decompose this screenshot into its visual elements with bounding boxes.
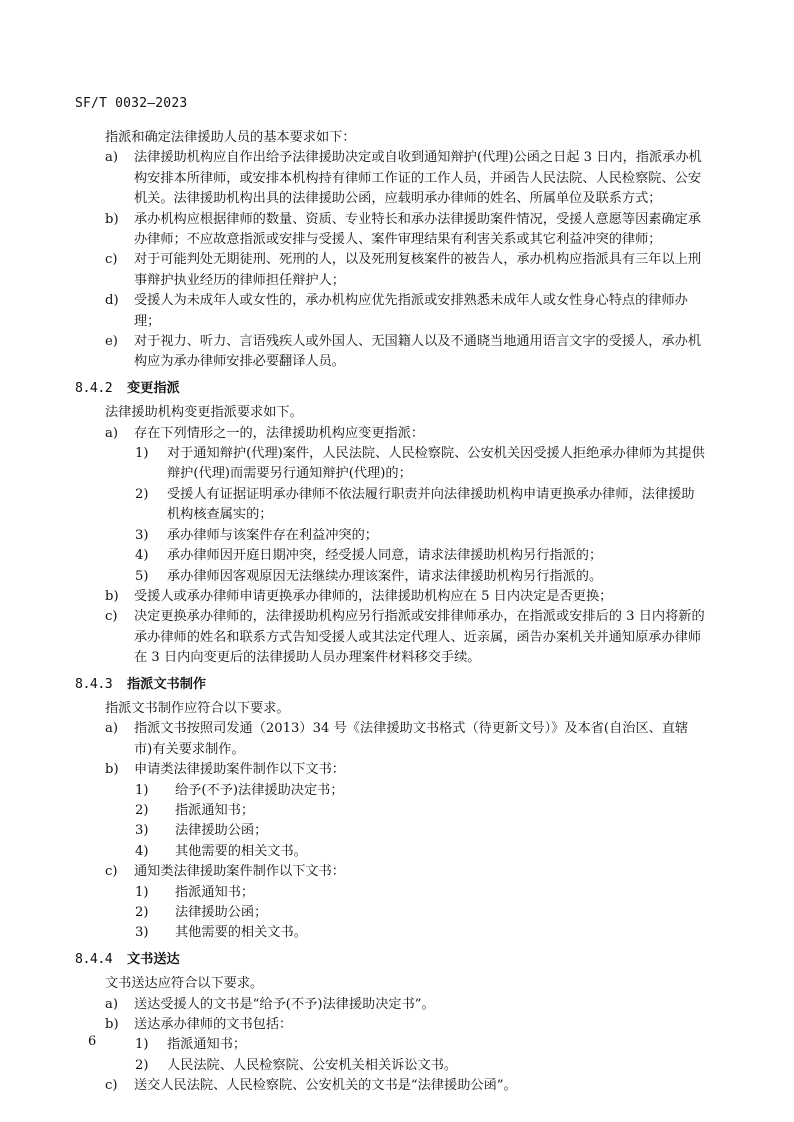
list-item-text: 受援人或承办律师申请更换承办律师的，法律援助机构应在 5 日内决定是否更换； bbox=[134, 589, 612, 604]
sub-list-marker: 2) bbox=[135, 485, 149, 505]
list-marker: d) bbox=[105, 291, 119, 311]
section-heading-8-4-4: 8.4.4文书送达 bbox=[75, 950, 705, 970]
sub-list-item-text: 其他需要的相关文书。 bbox=[175, 844, 307, 859]
section-title: 指派文书制作 bbox=[127, 675, 206, 695]
page-number: 6 bbox=[88, 1034, 96, 1049]
list-marker: c) bbox=[105, 1076, 118, 1096]
sub-list-item: 3)法律援助公函； bbox=[75, 821, 705, 841]
sub-list-item-text: 指派通知书； bbox=[167, 1037, 246, 1052]
list-marker: b) bbox=[105, 210, 119, 230]
list-item: c)送交人民法院、人民检察院、公安机关的文书是“法律援助公函”。 bbox=[75, 1076, 705, 1096]
list-item-text: 法律援助机构应自作出给予法律援助决定或自收到通知辩护(代理)公函之日起 3 日内… bbox=[134, 150, 702, 206]
sub-list-marker: 3) bbox=[135, 526, 149, 546]
list-item-text: 申请类法律援助案件制作以下文书： bbox=[134, 762, 345, 777]
list-item: b)送达承办律师的文书包括： bbox=[75, 1015, 705, 1035]
sub-list-item: 4)承办律师因开庭日期冲突，经受援人同意，请求法律援助机构另行指派的； bbox=[75, 546, 705, 566]
sub-list-marker: 2) bbox=[135, 1056, 149, 1076]
sub-list-item-text: 指派通知书； bbox=[175, 885, 254, 900]
section-heading-8-4-3: 8.4.3指派文书制作 bbox=[75, 675, 705, 695]
sub-list-item: 2)受援人有证据证明承办律师不依法履行职责并向法律援助机构申请更换承办律师，法律… bbox=[75, 485, 705, 526]
list-item: c)通知类法律援助案件制作以下文书： bbox=[75, 862, 705, 882]
list-item-text: 送交人民法院、人民检察院、公安机关的文书是“法律援助公函”。 bbox=[134, 1078, 517, 1093]
sub-list-marker: 1) bbox=[135, 883, 149, 903]
list-marker: b) bbox=[105, 587, 119, 607]
list-item-text: 决定更换承办律师的，法律援助机构应另行指派或安排律师承办，在指派或安排后的 3 … bbox=[134, 609, 705, 665]
sub-list-item-text: 指派通知书； bbox=[175, 803, 254, 818]
list-item: e)对于视力、听力、言语残疾人或外国人、无国籍人以及不通晓当地通用语言文字的受援… bbox=[75, 332, 705, 373]
sub-list-marker: 3) bbox=[135, 923, 149, 943]
list-item-text: 送达承办律师的文书包括： bbox=[134, 1017, 292, 1032]
sub-list-item: 4)其他需要的相关文书。 bbox=[75, 842, 705, 862]
list-item: b)申请类法律援助案件制作以下文书： bbox=[75, 760, 705, 780]
section-lead: 法律援助机构变更指派要求如下。 bbox=[75, 403, 705, 423]
sub-list-item-text: 人民法院、人民检察院、公安机关相关诉讼文书。 bbox=[167, 1058, 457, 1073]
sub-list-item-text: 法律援助公函； bbox=[175, 905, 267, 920]
sub-list-item: 2)法律援助公函； bbox=[75, 903, 705, 923]
list-marker: a) bbox=[105, 148, 118, 168]
section-lead: 文书送达应符合以下要求。 bbox=[75, 974, 705, 994]
list-item: c)决定更换承办律师的，法律援助机构应另行指派或安排律师承办，在指派或安排后的 … bbox=[75, 607, 705, 668]
section-title: 文书送达 bbox=[127, 950, 180, 970]
sub-list-marker: 5) bbox=[135, 567, 149, 587]
list-item-text: 送达受援人的文书是“给予(不予)法律援助决定书”。 bbox=[134, 997, 435, 1012]
sub-list-marker: 2) bbox=[135, 903, 149, 923]
list-item: b)受援人或承办律师申请更换承办律师的，法律援助机构应在 5 日内决定是否更换； bbox=[75, 587, 705, 607]
list-item-text: 指派文书按照司发通（2013）34 号《法律援助文书格式（待更新文号）》及本省(… bbox=[134, 721, 688, 756]
list-item: d)受援人为未成年人或女性的，承办机构应优先指派或安排熟悉未成年人或女性身心特点… bbox=[75, 291, 705, 332]
sub-list-item-text: 其他需要的相关文书。 bbox=[175, 925, 307, 940]
sub-list-item: 2)人民法院、人民检察院、公安机关相关诉讼文书。 bbox=[75, 1056, 705, 1076]
list-marker: b) bbox=[105, 760, 119, 780]
sub-list-item-text: 对于通知辩护(代理)案件，人民法院、人民检察院、公安机关因受援人拒绝承办律师为其… bbox=[167, 446, 705, 481]
sub-list-item-text: 受援人有证据证明承办律师不依法履行职责并向法律援助机构申请更换承办律师，法律援助… bbox=[167, 487, 695, 522]
document-body: 指派和确定法律援助人员的基本要求如下： a)法律援助机构应自作出给予法律援助决定… bbox=[75, 128, 705, 1097]
sub-list-marker: 1) bbox=[135, 1035, 149, 1055]
list-marker: a) bbox=[105, 995, 118, 1015]
section-heading-8-4-2: 8.4.2变更指派 bbox=[75, 379, 705, 399]
list-item: a)存在下列情形之一的，法律援助机构应变更指派： bbox=[75, 424, 705, 444]
sub-list-item: 2)指派通知书； bbox=[75, 801, 705, 821]
list-marker: c) bbox=[105, 250, 118, 270]
list-item: c)对于可能判处无期徒刑、死刑的人，以及死刑复核案件的被告人，承办机构应指派具有… bbox=[75, 250, 705, 291]
section-title: 变更指派 bbox=[127, 379, 180, 399]
sub-list-item: 3)其他需要的相关文书。 bbox=[75, 923, 705, 943]
list-marker: a) bbox=[105, 719, 118, 739]
sub-list-marker: 3) bbox=[135, 821, 149, 841]
section-lead: 指派文书制作应符合以下要求。 bbox=[75, 699, 705, 719]
sub-list-marker: 4) bbox=[135, 546, 149, 566]
list-marker: e) bbox=[105, 332, 118, 352]
sub-list-item: 5)承办律师因客观原因无法继续办理该案件，请求法律援助机构另行指派的。 bbox=[75, 567, 705, 587]
list-item: a)法律援助机构应自作出给予法律援助决定或自收到通知辩护(代理)公函之日起 3 … bbox=[75, 148, 705, 209]
intro-lead: 指派和确定法律援助人员的基本要求如下： bbox=[75, 128, 705, 148]
list-marker: a) bbox=[105, 424, 118, 444]
sub-list-item-text: 给予(不予)法律援助决定书； bbox=[175, 783, 344, 798]
sub-list-item: 1)指派通知书； bbox=[75, 1035, 705, 1055]
list-item: a)送达受援人的文书是“给予(不予)法律援助决定书”。 bbox=[75, 995, 705, 1015]
list-item-text: 对于可能判处无期徒刑、死刑的人，以及死刑复核案件的被告人，承办机构应指派具有三年… bbox=[134, 252, 701, 287]
sub-list-item: 1)对于通知辩护(代理)案件，人民法院、人民检察院、公安机关因受援人拒绝承办律师… bbox=[75, 444, 705, 485]
sub-list-marker: 4) bbox=[135, 842, 149, 862]
sub-list-item-text: 承办律师因开庭日期冲突，经受援人同意，请求法律援助机构另行指派的； bbox=[167, 548, 602, 563]
list-item-text: 存在下列情形之一的，法律援助机构应变更指派： bbox=[134, 426, 424, 441]
section-number: 8.4.2 bbox=[75, 381, 112, 396]
sub-list-marker: 1) bbox=[135, 781, 149, 801]
section-number: 8.4.4 bbox=[75, 952, 112, 967]
section-number: 8.4.3 bbox=[75, 677, 112, 692]
sub-list-item-text: 承办律师因客观原因无法继续办理该案件，请求法律援助机构另行指派的。 bbox=[167, 569, 602, 584]
sub-list-item-text: 法律援助公函； bbox=[175, 823, 267, 838]
document-code-header: SF/T 0032—2023 bbox=[75, 96, 187, 111]
sub-list-item: 3)承办律师与该案件存在利益冲突的； bbox=[75, 526, 705, 546]
list-item-text: 通知类法律援助案件制作以下文书： bbox=[134, 864, 345, 879]
list-item: a)指派文书按照司发通（2013）34 号《法律援助文书格式（待更新文号）》及本… bbox=[75, 719, 705, 760]
list-item-text: 对于视力、听力、言语残疾人或外国人、无国籍人以及不通晓当地通用语言文字的受援人，… bbox=[134, 334, 701, 369]
list-item-text: 承办机构应根据律师的数量、资质、专业特长和承办法律援助案件情况，受援人意愿等因素… bbox=[134, 212, 701, 247]
list-marker: b) bbox=[105, 1015, 119, 1035]
sub-list-item-text: 承办律师与该案件存在利益冲突的； bbox=[167, 528, 378, 543]
sub-list-marker: 1) bbox=[135, 444, 149, 464]
sub-list-item: 1)指派通知书； bbox=[75, 883, 705, 903]
sub-list-item: 1)给予(不予)法律援助决定书； bbox=[75, 781, 705, 801]
list-marker: c) bbox=[105, 607, 118, 627]
list-item: b)承办机构应根据律师的数量、资质、专业特长和承办法律援助案件情况，受援人意愿等… bbox=[75, 210, 705, 251]
sub-list-marker: 2) bbox=[135, 801, 149, 821]
list-item-text: 受援人为未成年人或女性的，承办机构应优先指派或安排熟悉未成年人或女性身心特点的律… bbox=[134, 293, 688, 328]
list-marker: c) bbox=[105, 862, 118, 882]
